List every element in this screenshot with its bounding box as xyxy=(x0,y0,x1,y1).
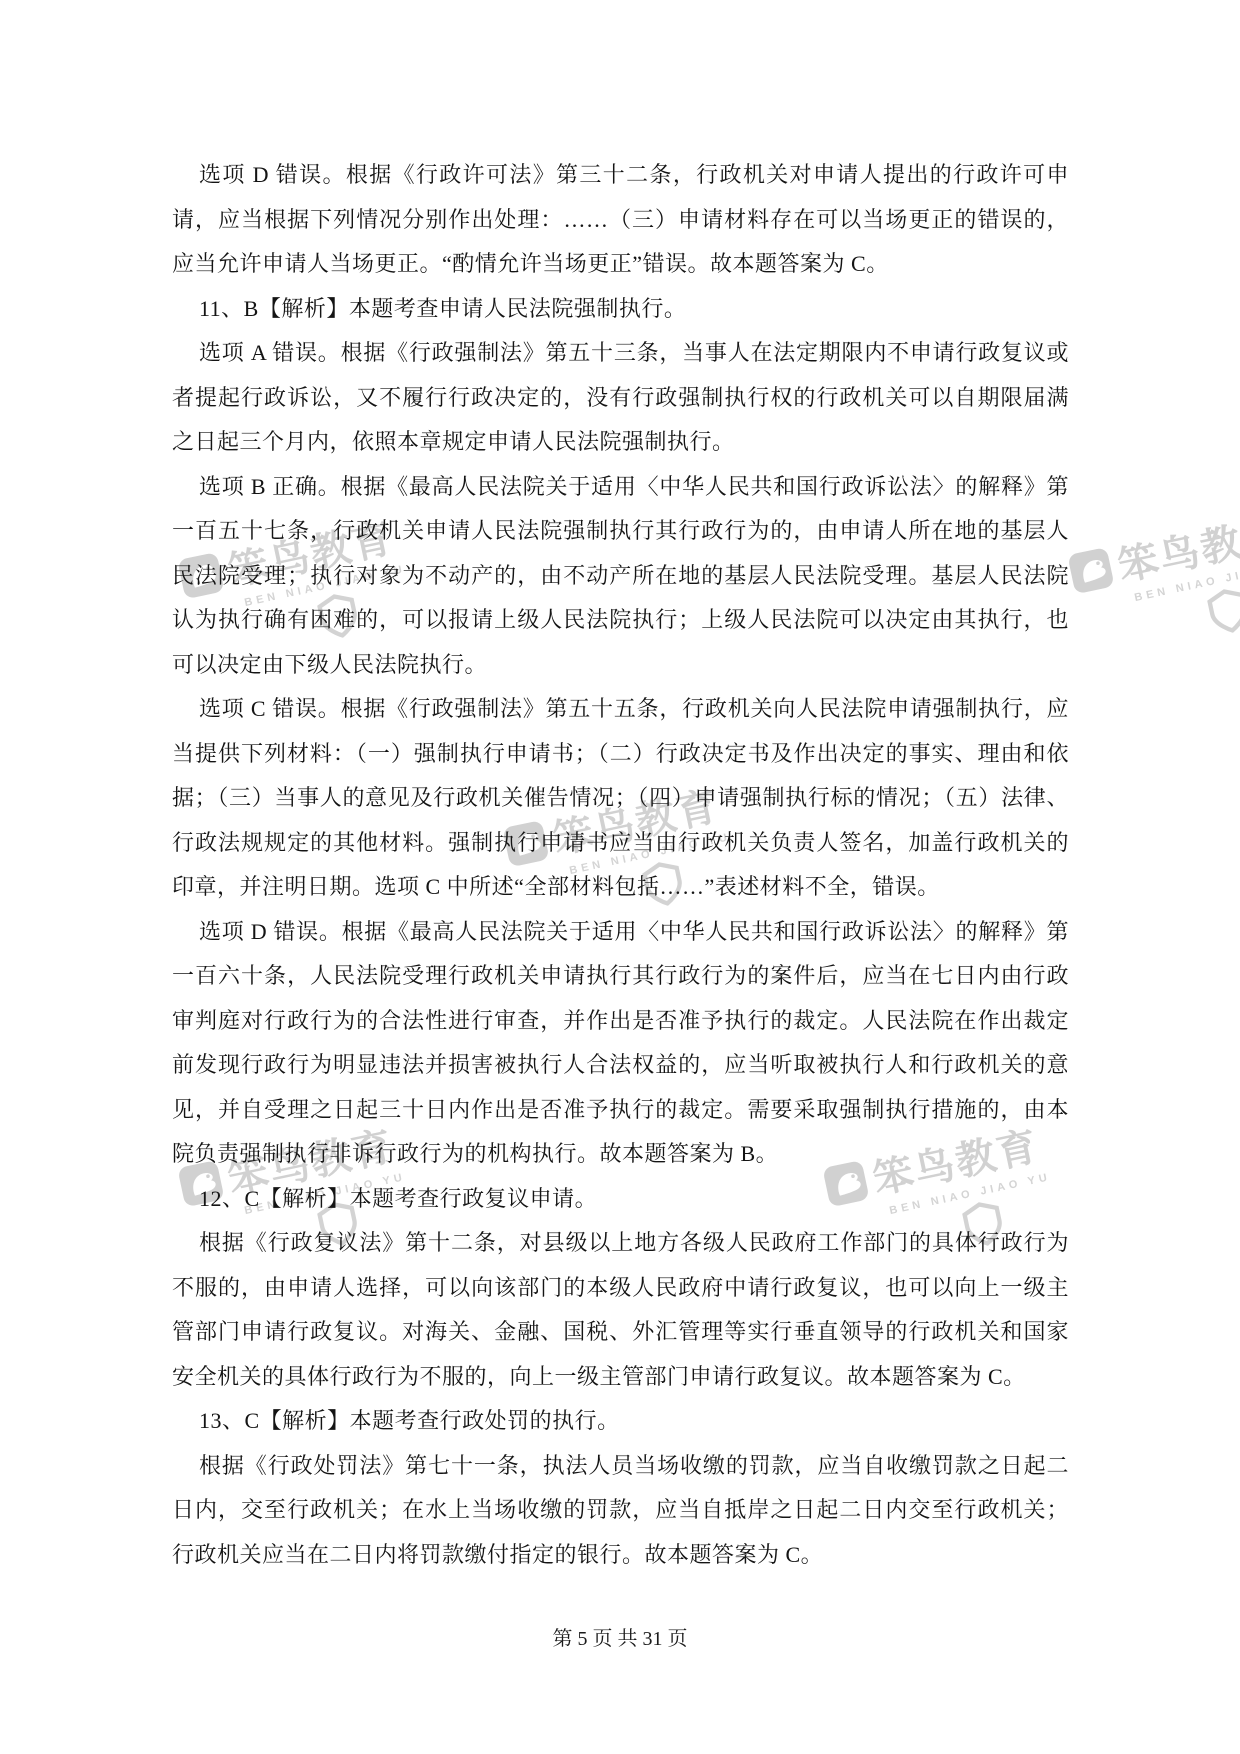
shield-icon xyxy=(1205,585,1240,638)
paragraph: 选项 D 错误。根据《行政许可法》第三十二条，行政机关对申请人提出的行政许可申请… xyxy=(172,153,1069,287)
paragraph: 根据《行政复议法》第十二条，对县级以上地方各级人民政府工作部门的具体行政行为不服… xyxy=(172,1221,1069,1399)
paragraph: 根据《行政处罚法》第七十一条，执法人员当场收缴的罚款，应当自收缴罚款之日起二日内… xyxy=(172,1444,1069,1578)
document-page: 笨鸟教育 BEN NIAO JIAO YU 笨鸟教育 BEN NIAO JIAO… xyxy=(0,0,1240,1754)
paragraph: 选项 D 错误。根据《最高人民法院关于适用〈中华人民共和国行政诉讼法〉的解释》第… xyxy=(172,910,1069,1177)
watermark: 笨鸟教育 BEN NIAO JIAO YU xyxy=(1064,488,1240,693)
paragraph: 11、B【解析】本题考查申请人民法院强制执行。 xyxy=(172,287,1069,332)
paragraph: 选项 A 错误。根据《行政强制法》第五十三条，当事人在法定期限内不申请行政复议或… xyxy=(172,331,1069,465)
paragraph: 选项 C 错误。根据《行政强制法》第五十五条，行政机关向人民法院申请强制执行，应… xyxy=(172,687,1069,910)
bird-logo-icon xyxy=(1066,545,1116,595)
paragraph: 12、C【解析】本题考查行政复议申请。 xyxy=(172,1177,1069,1222)
paragraph: 13、C【解析】本题考查行政处罚的执行。 xyxy=(172,1399,1069,1444)
watermark-subtext: BEN NIAO JIAO YU xyxy=(1133,546,1240,604)
page-footer: 第 5 页 共 31 页 xyxy=(0,1622,1240,1651)
watermark-brand: 笨鸟教育 xyxy=(1112,502,1240,593)
answer-text: 选项 D 错误。根据《行政许可法》第三十二条，行政机关对申请人提出的行政许可申请… xyxy=(172,153,1069,1577)
paragraph: 选项 B 正确。根据《最高人民法院关于适用〈中华人民共和国行政诉讼法〉的解释》第… xyxy=(172,465,1069,688)
